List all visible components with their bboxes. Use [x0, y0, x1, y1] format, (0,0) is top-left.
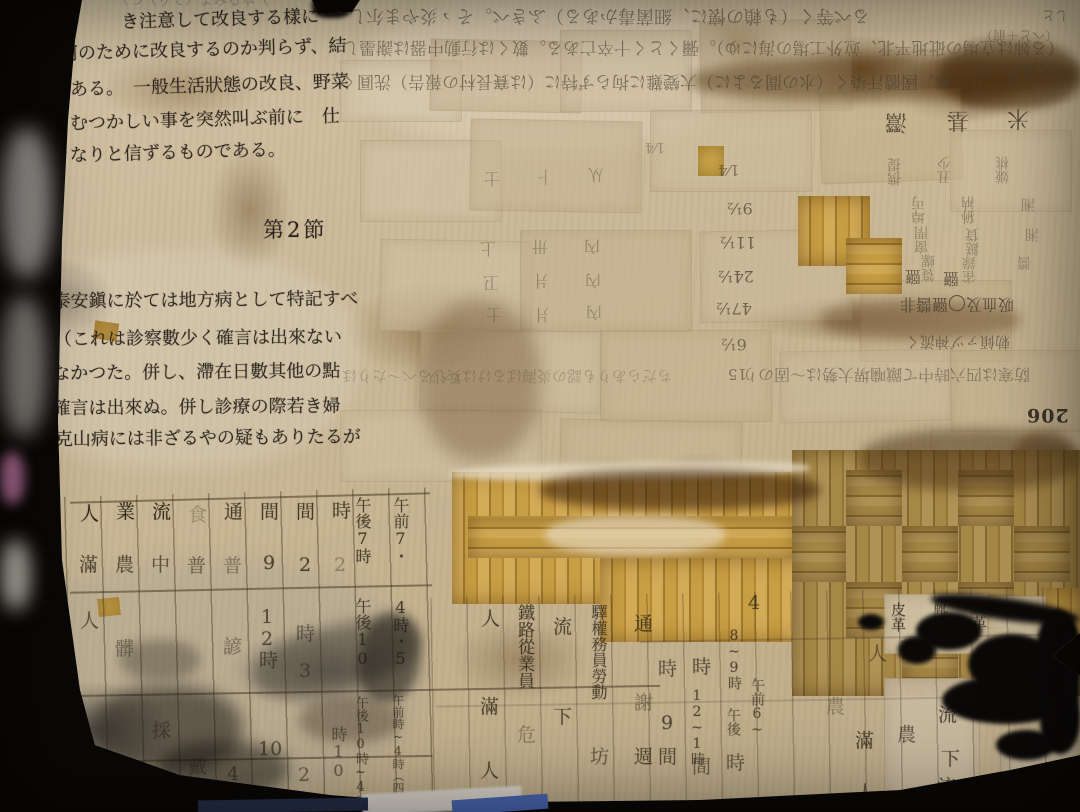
inverted-text-fragment: 士 — [484, 170, 500, 186]
table-cell: 下 — [553, 708, 572, 727]
table-cell: 時 — [332, 502, 351, 521]
inverted-text-fragment: 灊 — [885, 110, 907, 132]
table-cell: 通 — [634, 615, 653, 634]
inverted-text-fragment: 丑少 — [938, 156, 952, 184]
table-cell: 戴 — [115, 758, 134, 777]
table-cell: 流 — [553, 618, 572, 637]
table-cell: 時 — [726, 754, 745, 773]
inverted-text-fragment: 米 — [1007, 106, 1029, 128]
inverted-text-fragment: 士 — [486, 306, 502, 322]
table-cell: 皮革 — [890, 602, 905, 632]
table-cell: 業 — [116, 503, 135, 522]
table-cell: 滿 — [79, 556, 98, 575]
ink-blob — [1062, 620, 1080, 730]
ink-blob — [858, 614, 884, 630]
paper-scrap — [650, 110, 812, 192]
table-cell: 危 — [517, 726, 536, 745]
inverted-number: 9½ — [727, 200, 753, 216]
dark-object-under — [198, 798, 368, 812]
inverted-dark-row: 吸血及◯鹽醬非 — [900, 296, 1014, 312]
table-cell: 下 — [941, 750, 960, 769]
inverted-text-fragment: 爿 — [533, 272, 549, 288]
table-cell: 日 — [79, 762, 98, 781]
table-cell: 人 — [856, 784, 875, 803]
table-cell: 時 — [692, 658, 711, 677]
bamboo-mat-checker — [902, 526, 958, 582]
smudge — [300, 698, 400, 742]
inverted-text-fragment: ⺊ — [536, 168, 552, 184]
table-cell: 人 — [480, 762, 499, 781]
foreground-blur — [0, 540, 30, 610]
foreground-blur — [0, 128, 52, 278]
table-cell: 謝 — [634, 694, 653, 713]
inverted-number: 47½ — [716, 300, 752, 316]
bamboo-mat-checker — [1014, 526, 1070, 582]
inverted-text-fragment: しと — [1042, 8, 1068, 21]
ink-blob — [996, 730, 1056, 760]
inverted-text-fragment: 从 — [588, 166, 604, 182]
paper-scrap — [779, 349, 952, 424]
table-cell: 通 — [224, 503, 243, 522]
inverted-number: 1⁄4 — [718, 162, 740, 177]
paragraph-line: とは確言は出來ぬ。併し診療の際若き婦 — [16, 398, 340, 419]
table-cell: 2 — [334, 556, 346, 575]
cut-top-line: （づ（りて）よみる本（ — [115, 0, 269, 8]
inverted-number: 24½ — [718, 268, 754, 284]
inverted-faint-band: ちだらありも認の炎海ばるけは兵しるべ～たりほ — [342, 368, 672, 383]
smudge — [120, 640, 200, 680]
table-cell: 時 — [658, 660, 677, 679]
bamboo-mat-checker — [792, 526, 846, 582]
inverted-number: 1⁄4 — [645, 140, 665, 154]
paragraph-line: られなかつた。併し、滯在日數其他の點 — [16, 363, 340, 384]
table-cell: 間 — [692, 758, 711, 777]
inverted-text-fragment: 湘 — [1022, 198, 1036, 212]
table-cell: 8~9時 — [727, 628, 741, 690]
table-cell: 人 — [868, 645, 887, 664]
table-cell: 午前7・ — [392, 497, 408, 564]
inverted-text-fragment: 勅傾ァヅ神流く — [905, 334, 1010, 349]
inverted-text-fragment: 基 — [947, 108, 969, 130]
document-paper: き注意して改良する樣に も何のために改良するのか判らず、結 ある。 一般生活狀態… — [0, 0, 1080, 812]
table-cell: 農 — [115, 556, 134, 575]
paragraph-line: 泰安鎭に於ては地方病として特記すべ — [53, 291, 359, 312]
inverted-text-fragment: 內 — [584, 238, 600, 254]
photo-of-damaged-document: き注意して改良する樣に も何のために改良するのか判らず、結 ある。 一般生活狀態… — [0, 0, 1080, 812]
inverted-text-fragment: 簑螺 — [922, 254, 936, 282]
table-cell: 驛權務員勞動 — [590, 604, 606, 700]
foreground-pink — [0, 452, 24, 504]
inverted-text-fragment: 雀錄 — [963, 256, 977, 284]
table-cell: 9 — [661, 714, 673, 733]
inverted-text-fragment: 醬 — [1018, 256, 1032, 270]
page-number: 206 — [1026, 404, 1069, 426]
table-cell: 2 — [298, 766, 310, 785]
inverted-text-fragment: 上 — [480, 240, 496, 256]
inverted-text-fragment: （へと＋前） — [980, 28, 1058, 41]
table-cell: 間 — [296, 503, 315, 522]
table-cell: 午前6~ — [750, 678, 764, 738]
inverted-text-fragment: 內 — [586, 304, 602, 320]
table-cell: 9 — [263, 554, 275, 573]
table-cell: 人 — [481, 610, 500, 629]
inverted-number: 11½ — [720, 234, 756, 250]
paper-residue — [545, 515, 725, 555]
table-cell: 普 — [187, 557, 206, 576]
foreground-blur — [0, 296, 46, 436]
inverted-text-fragment: 湘 — [1026, 228, 1040, 242]
inverted-text-fragment: 爿 — [534, 306, 550, 322]
inverted-text-fragment: 卅 — [532, 238, 548, 254]
main-paragraph: 泰安鎭に於ては地方病として特記すべ ても（これは診察數少く確言は出來ない られな… — [13, 0, 362, 461]
stain — [540, 470, 820, 510]
inverted-faint-band: 防寒は四六時中て蹴噛堺大勢は～固のり — [742, 366, 1030, 382]
table-cell: 農 — [826, 698, 845, 717]
inverted-text-fragment: 嫌桃 — [996, 156, 1010, 184]
stain — [860, 430, 1080, 490]
table-cell: 午後7時 — [354, 497, 370, 564]
inverted-text-fragment: 埠丏 — [912, 196, 926, 224]
table-cell: 諺 — [223, 638, 242, 657]
inverted-text-fragment: 携提 — [888, 158, 902, 186]
table-cell: 間 — [658, 748, 677, 767]
inverted-text-fragment: 鹽 — [905, 268, 921, 284]
table-cell: 2 — [299, 556, 311, 575]
table-cell: 流 — [152, 503, 171, 522]
table-cell: 中 — [151, 556, 170, 575]
table-cell: 12~1時 — [690, 688, 704, 766]
paragraph-line: 謂克山病には非ざるやの疑もありたるが — [37, 428, 361, 449]
inverted-number: 6½ — [721, 336, 747, 352]
inverted-text-fragment: 狲衲 — [962, 196, 976, 224]
ink-blob — [898, 636, 936, 664]
inverted-number: 15 — [728, 366, 747, 381]
table-cell: 週 — [634, 748, 653, 767]
smudge — [158, 742, 288, 796]
table-cell: 午後 — [726, 708, 740, 736]
table-cell: 坊 — [590, 748, 609, 767]
inverted-text-fragment: 戈㐅以 — [428, 372, 464, 384]
table-cell: 4 — [748, 594, 760, 613]
table-cell: 週 — [1052, 786, 1071, 805]
table-cell: 農 — [897, 726, 916, 745]
inverted-text-fragment: 卫 — [483, 274, 499, 290]
inverted-line-3: 丁等、且日暮、國體汗染く（水の間るよに）大變難に拘らず特に（は賽長村の報告）洗圓… — [340, 72, 1037, 89]
table-cell: 滿 — [480, 698, 499, 717]
table-cell: 通 — [1014, 786, 1033, 805]
edge-notch — [312, 0, 352, 18]
inverted-line-1: るべ等く（も賴の懐に、細菌毒かある）ふきべ。そゝ炎やま尓し — [348, 6, 870, 24]
inverted-text-fragment: 鹽 — [943, 270, 959, 286]
table-cell: 人 — [80, 612, 99, 631]
table-cell: 流 — [937, 778, 956, 797]
inverted-text-fragment: 人要繋に對 — [978, 62, 1053, 77]
table-cell: 滿 — [855, 732, 874, 751]
table-cell: 食 — [188, 506, 207, 525]
paper-scrap — [469, 119, 643, 214]
table-cell: 人 — [80, 505, 99, 524]
bamboo-mat — [846, 238, 902, 294]
paragraph-line: ても（これは診察數少く確言は出來ない — [18, 329, 342, 350]
inverted-text-fragment: 窗閇 — [915, 226, 929, 254]
table-cell: 鐵路從業員 — [515, 604, 532, 689]
inverted-line-2: （る姉は立塲の砒地平北、竝外工塲の海にゆ）。彌くとく十卒亡ある。數くは行動中器は… — [342, 38, 1065, 55]
table-cell: 普 — [223, 557, 242, 576]
inverted-text-fragment: 鎹貸 — [966, 228, 980, 256]
table-cell: 間 — [260, 503, 279, 522]
inverted-text-fragment: 內 — [585, 272, 601, 288]
